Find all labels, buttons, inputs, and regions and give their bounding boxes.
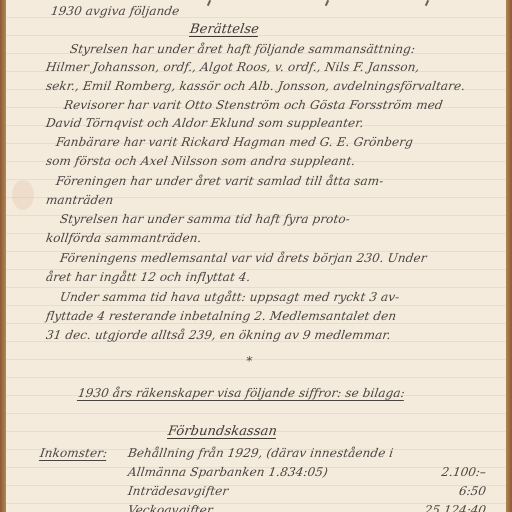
paragraph-line: Under samma tid hava utgått: uppsagt med…: [59, 290, 400, 304]
income-row-amount: 25.124:40: [395, 503, 487, 512]
paragraph-line: Revisorer har varit Otto Stenström och G…: [63, 98, 444, 112]
paragraph-line: manträden: [45, 193, 114, 207]
income-row-amount: 2.100:–: [395, 465, 487, 479]
paragraph-line: Föreningens medlemsantal var vid årets b…: [59, 251, 428, 265]
paragraph-line: sekr., Emil Romberg, kassör och Alb. Jon…: [45, 79, 466, 93]
section-title: Berättelse: [189, 22, 260, 37]
income-row-text: Allmänna Sparbanken 1.834:05): [127, 465, 329, 479]
income-row-text: Inträdesavgifter: [127, 484, 229, 498]
paragraph-line: kollförda sammanträden.: [45, 231, 202, 245]
paragraph-line: Styrelsen har under samma tid haft fyra …: [59, 212, 351, 226]
paragraph-line: som första och Axel Nilsson som andra su…: [45, 154, 356, 168]
paragraph-line: 31 dec. utgjorde alltså 239, en ökning a…: [45, 328, 392, 342]
paper-stain: [12, 180, 34, 210]
income-row-text: Veckoavgifter: [127, 503, 214, 512]
fund-title: Förbundskassan: [167, 424, 278, 439]
ink-stroke: [325, 0, 329, 6]
ledger-page: 1930 avgiva följande Berättelse Styrelse…: [6, 0, 506, 512]
paragraph-line: året har ingått 12 och inflyttat 4.: [45, 270, 251, 284]
paragraph-line: flyttade 4 resterande inbetalning 2. Med…: [45, 309, 397, 323]
album-frame-right: [506, 0, 512, 512]
paragraph-line: David Törnqvist och Aldor Eklund som sup…: [45, 116, 365, 130]
ink-stroke: [425, 0, 429, 6]
paragraph-line: Fanbärare har varit Rickard Hagman med G…: [55, 135, 414, 149]
ink-stroke: [207, 0, 211, 6]
income-row-amount: 6:50: [395, 484, 487, 498]
separator-mark: *: [245, 354, 253, 368]
income-row-text: Behållning från 1929, (därav innestående…: [127, 446, 394, 460]
paragraph-line: Styrelsen har under året haft följande s…: [69, 42, 416, 56]
accounts-heading: 1930 års räkenskaper visa följande siffr…: [77, 386, 406, 400]
intro-line: 1930 avgiva följande: [50, 4, 180, 18]
income-label: Inkomster:: [39, 446, 108, 460]
paragraph-line: Föreningen har under året varit samlad t…: [55, 174, 384, 188]
paragraph-line: Hilmer Johansson, ordf., Algot Roos, v. …: [45, 60, 420, 74]
